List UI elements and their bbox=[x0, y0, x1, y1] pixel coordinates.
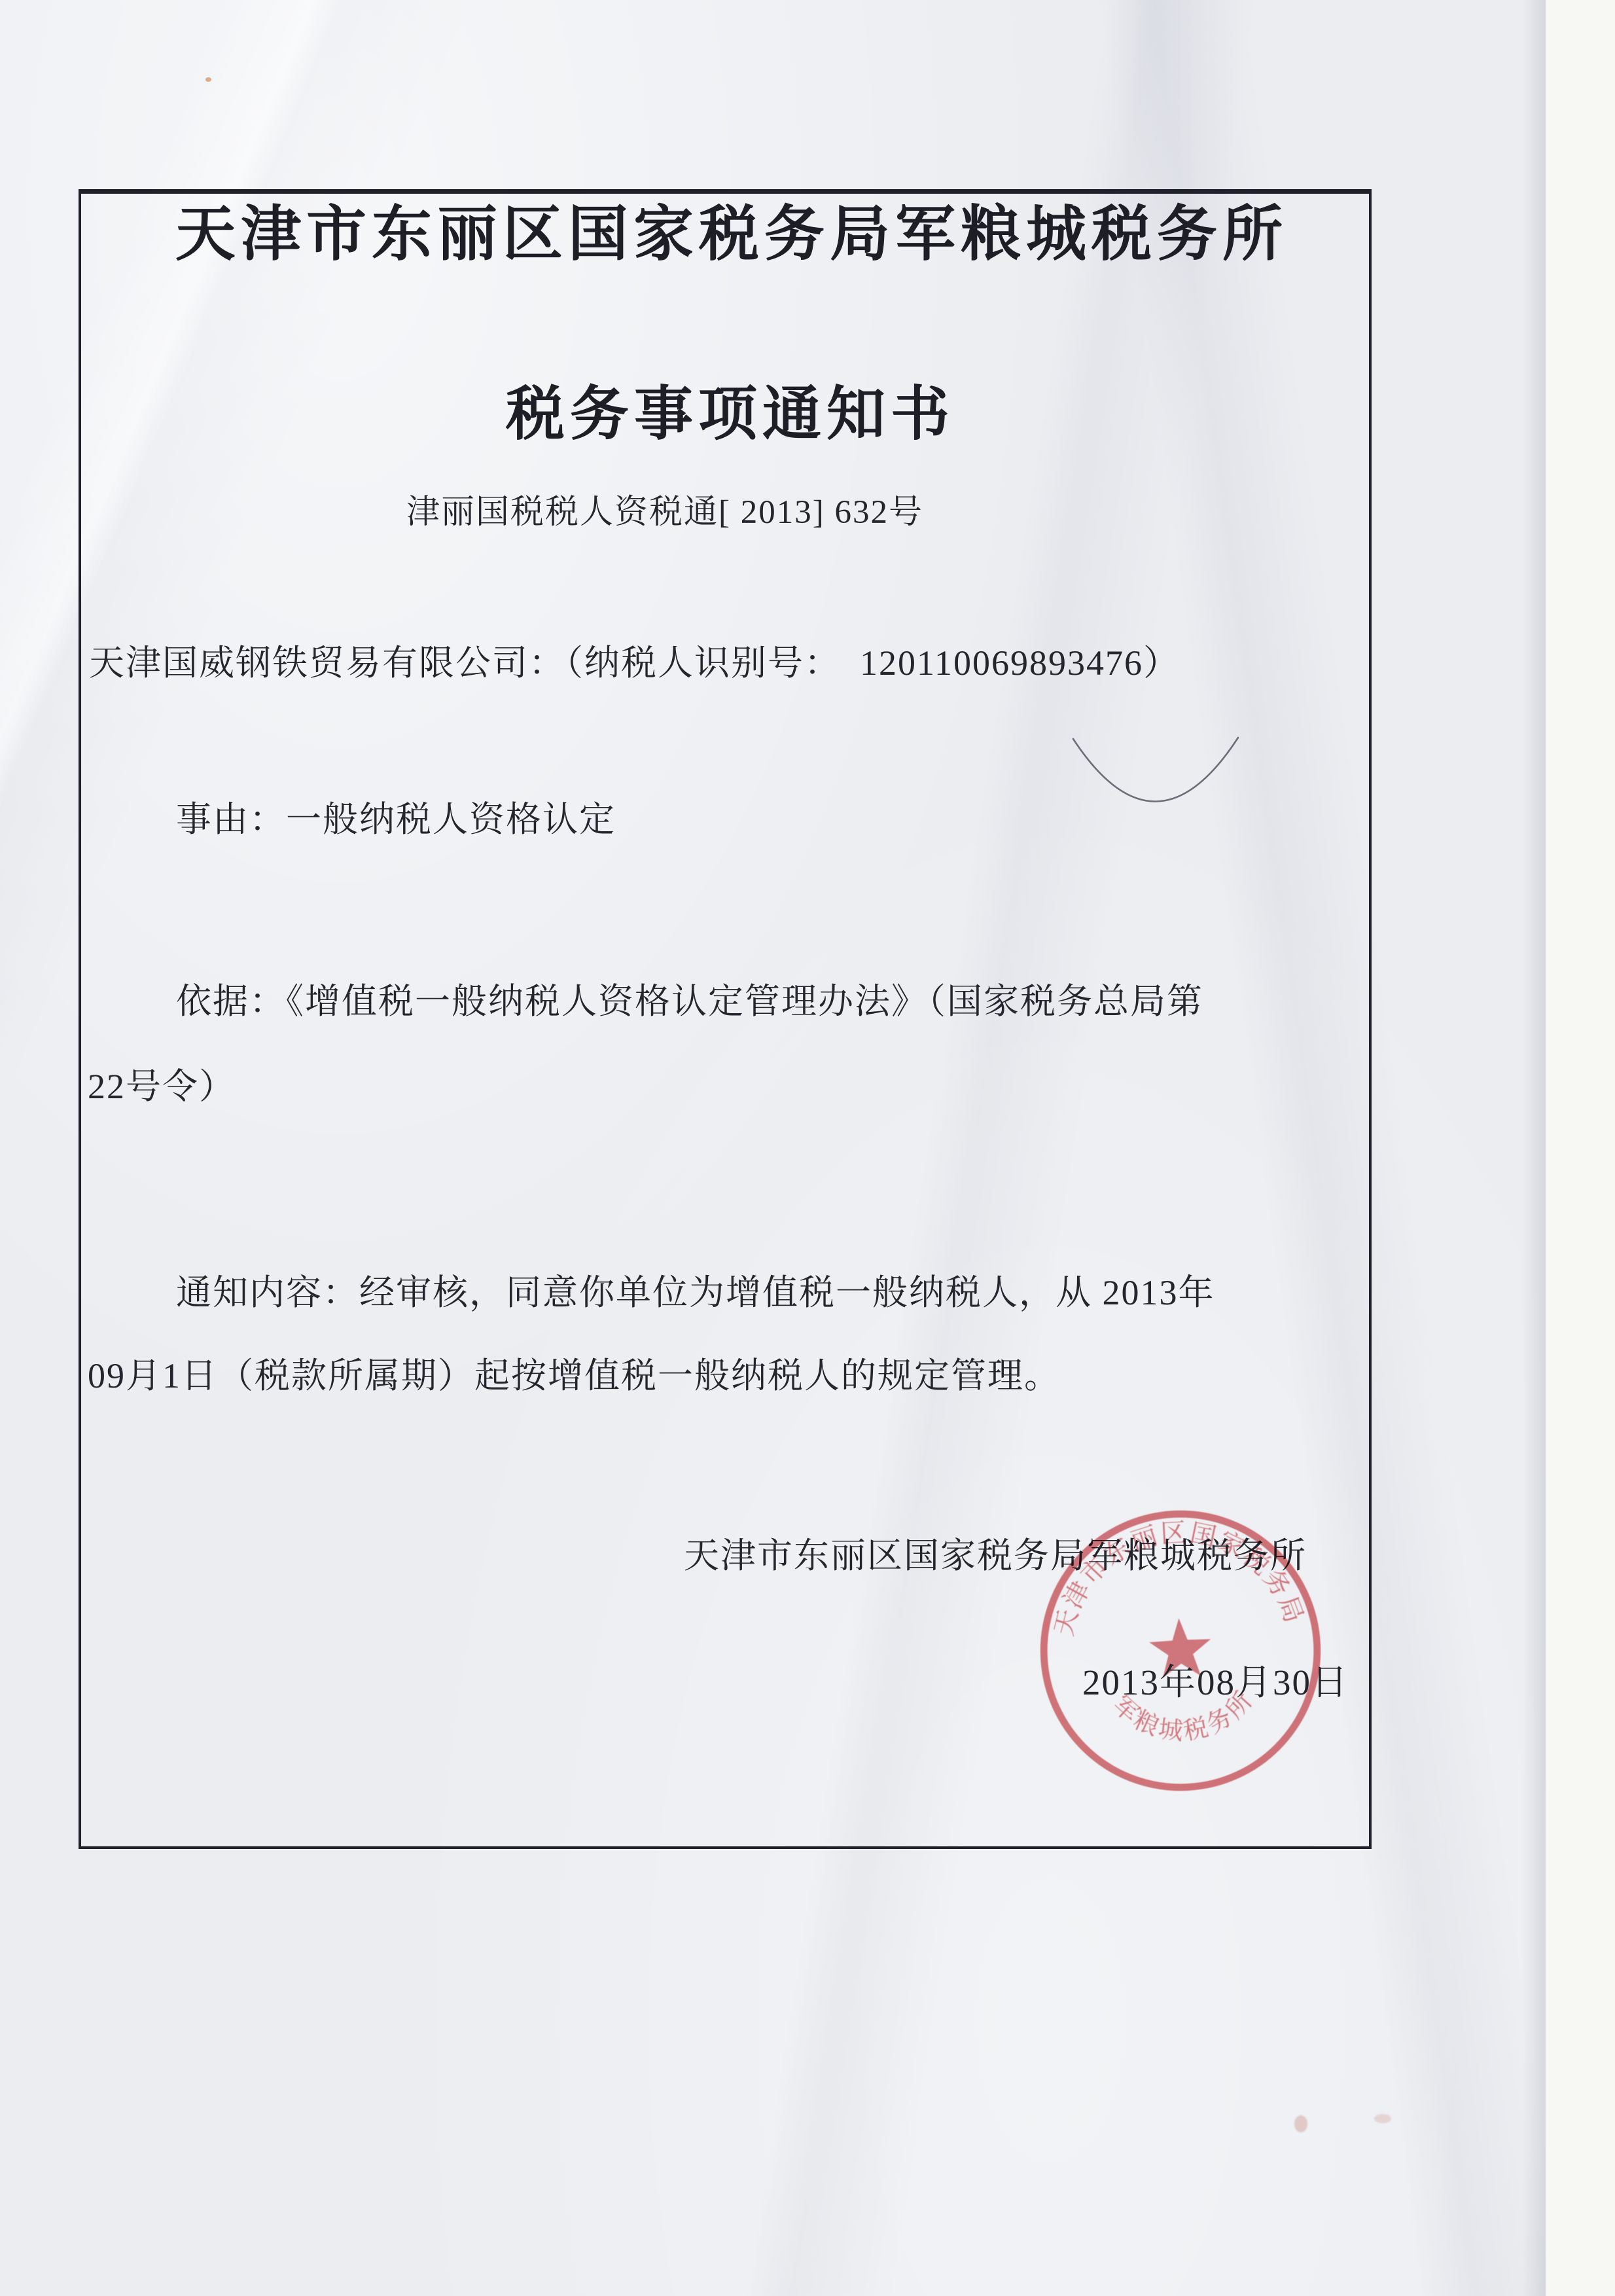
hair-arc-artifact bbox=[1071, 736, 1241, 803]
paper-right-edge-shadow bbox=[1522, 0, 1546, 2296]
notice-content-line-1: 通知内容：经审核，同意你单位为增值税一般纳税人，从 2013年 bbox=[176, 1272, 1215, 1313]
matter-line: 事由：一般纳税人资格认定 bbox=[176, 799, 616, 840]
scan-speck bbox=[1374, 2114, 1391, 2123]
notice-title: 税务事项通知书 bbox=[506, 381, 955, 449]
issue-date: 2013年08月30日 bbox=[1082, 1662, 1349, 1703]
official-red-seal: 天津市东丽区国家税务局 军粮城税务所 bbox=[1026, 1496, 1336, 1806]
scanner-background bbox=[1546, 0, 1615, 2296]
scan-speck bbox=[205, 77, 211, 82]
addressee-line: 天津国威钢铁贸易有限公司：（纳税人识别号： 120110069893476） bbox=[89, 643, 1180, 683]
document-number: 津丽国税税人资税通[ 2013] 632号 bbox=[406, 493, 923, 532]
issuer-title: 天津市东丽区国家税务局军粮城税务所 bbox=[175, 200, 1288, 270]
seal-arc-text: 天津市东丽区国家税务局 bbox=[1044, 1512, 1309, 1640]
scan-speck bbox=[1294, 2115, 1307, 2132]
basis-line-1: 依据：《增值税一般纳税人资格认定管理办法》（国家税务总局第 bbox=[176, 981, 1203, 1022]
notice-content-line-2: 09月1日（税款所属期）起按增值税一般纳税人的规定管理。 bbox=[88, 1355, 1061, 1396]
document-border-box: 天津市东丽区国家税务局军粮城税务所 税务事项通知书 津丽国税税人资税通[ 201… bbox=[79, 189, 1372, 1849]
basis-line-2: 22号令） bbox=[88, 1066, 236, 1107]
scanned-document-page: 天津市东丽区国家税务局军粮城税务所 税务事项通知书 津丽国税税人资税通[ 201… bbox=[0, 0, 1615, 2296]
